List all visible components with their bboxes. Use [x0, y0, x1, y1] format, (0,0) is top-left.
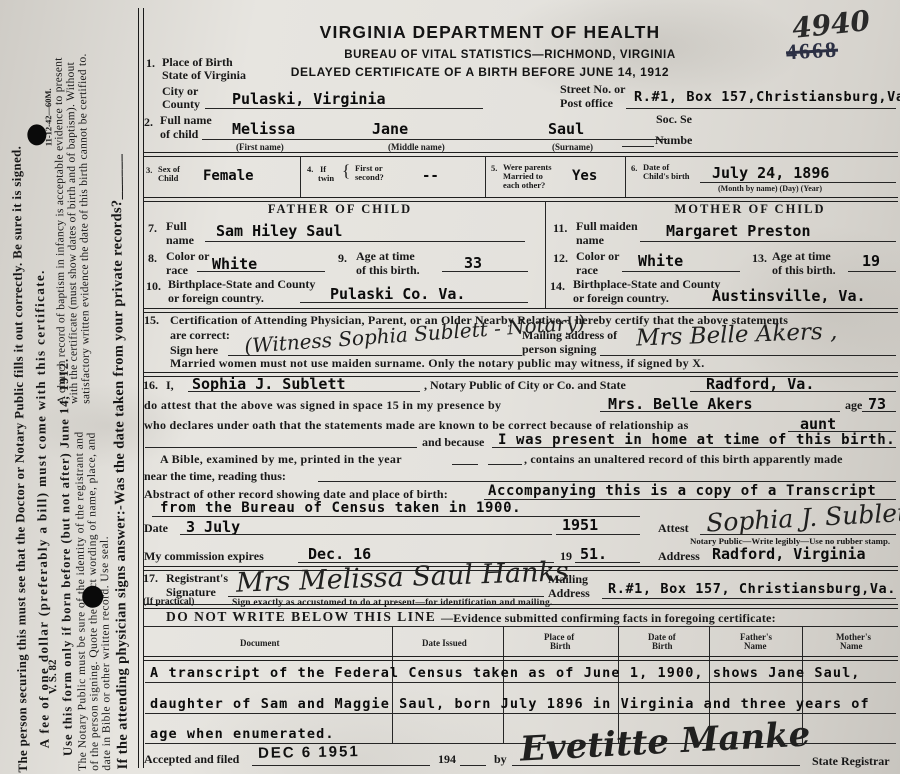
item2-ofchild-label: of child	[160, 127, 198, 142]
item12-label1: Color or	[576, 249, 619, 264]
item15-mail-label2: person signing	[522, 342, 596, 357]
evidence-line3: age when enumerated.	[150, 726, 335, 742]
footer-year-line	[460, 765, 486, 766]
item8-label1: Color or	[166, 249, 209, 264]
item17-mail-line	[602, 598, 896, 599]
bible-year-line1	[452, 464, 478, 465]
commission-label: My commission expires	[144, 549, 264, 564]
father-section-header: FATHER OF CHILD	[190, 202, 490, 217]
sidebar-physician-line: If the attending physician signs answer:…	[109, 54, 138, 769]
father-birthplace-value: Pulaski Co. Va.	[330, 285, 465, 303]
item15-line2: are correct:	[170, 328, 230, 343]
item2-cap-surname: (Surname)	[552, 142, 593, 152]
item3-sex-value: Female	[203, 168, 254, 184]
mother-race-value: White	[638, 252, 683, 270]
item2-cap-first: (First name)	[236, 142, 284, 152]
item10-label2: or foreign country.	[168, 291, 264, 306]
item7-num: 7.	[148, 221, 157, 236]
commission-address-label: Address	[658, 549, 700, 564]
item2-soc-label2: Numbe	[655, 133, 692, 148]
item6-caption: (Month by name) (Day) (Year)	[718, 184, 822, 193]
col-mother2: Name	[840, 641, 863, 651]
mother-name-line	[640, 241, 896, 242]
item16-state-line	[690, 391, 896, 392]
item17-mail-label1: Mailing	[548, 572, 588, 587]
item2-firstname-value: Melissa	[232, 120, 295, 138]
table-col-1	[392, 627, 393, 743]
item11-label1: Full maiden	[576, 219, 638, 234]
item9-label2: of this birth.	[356, 263, 420, 278]
item16-num: 16.	[143, 378, 158, 393]
evidence-line2: daughter of Sam and Maggie Saul, born Ju…	[150, 696, 870, 712]
row3-divider-2	[485, 156, 486, 198]
father-name-value: Sam Hiley Saul	[216, 222, 342, 240]
item16-age-line	[862, 411, 896, 412]
item1-state: State of Virginia	[162, 68, 246, 83]
item2-cap-middle: (Middle name)	[388, 142, 445, 152]
item1-postoffice-label: Post office	[560, 96, 613, 111]
attest-line	[700, 534, 896, 535]
item1-num: 1.	[146, 56, 155, 71]
item11-num: 11.	[553, 221, 567, 236]
mother-age-value: 19	[862, 252, 880, 270]
hole-punch-top	[27, 124, 46, 145]
item4-num: 4.	[307, 164, 313, 174]
item2-fullname-label: Full name	[160, 113, 212, 128]
item17-mail-label2: Address	[548, 586, 590, 601]
item3-num: 3.	[146, 165, 152, 175]
item4-label2: twin	[318, 173, 334, 183]
bible-line1b: , contains an unaltered record of this b…	[524, 452, 843, 467]
father-age-line	[442, 271, 528, 272]
evidence-rule2	[145, 713, 896, 714]
item5-married-value: Yes	[572, 168, 597, 184]
item16-age-label: age	[845, 398, 862, 413]
commission-address-value: Radford, Virginia	[712, 545, 866, 563]
abstract-line1	[484, 499, 896, 500]
item10-label1: Birthplace-State and County	[168, 277, 315, 292]
registrar-signature: Evetitte Manke	[519, 714, 811, 769]
date-year-value: 1951	[562, 516, 598, 534]
father-birthplace-line	[300, 302, 528, 303]
bible-line2: near the time, reading thus:	[144, 469, 286, 484]
item16-notary-line	[188, 391, 420, 392]
filed-date-stamp: DEC 6 1951	[258, 743, 360, 762]
item7-label2: name	[166, 233, 194, 248]
row3-divider-3	[625, 156, 626, 198]
delayed-birth-certificate: The person securing this must see that t…	[0, 0, 900, 774]
col-place2: Birth	[550, 641, 571, 651]
evidence-rule1	[145, 682, 896, 683]
date-year-line	[556, 534, 640, 535]
item14-label2: or foreign country.	[573, 291, 669, 306]
hole-punch-bottom	[82, 586, 103, 608]
col-father2: Name	[744, 641, 767, 651]
item16-i-label: I,	[166, 378, 174, 393]
item1-county-value: Pulaski, Virginia	[232, 90, 386, 108]
sidebar-instructions: The person securing this must see that t…	[0, 0, 144, 774]
item15-num: 15.	[144, 313, 159, 328]
item9-label1: Age at time	[356, 249, 415, 264]
item15-mail-value: Mrs Belle Akers ,	[636, 318, 838, 351]
registrar-label: State Registrar	[812, 754, 890, 769]
item2-surname-value: Saul	[548, 120, 584, 138]
item4-q2: second?	[355, 172, 384, 182]
item8-num: 8.	[148, 251, 157, 266]
item6-label2: Child's birth	[643, 171, 690, 181]
item7-label1: Full	[166, 219, 187, 234]
item17-mail-value: R.#1, Box 157, Christiansburg,Va.	[608, 581, 896, 597]
table-top-line	[143, 626, 898, 627]
bible-line1a: A Bible, examined by me, printed in the …	[160, 452, 402, 467]
father-name-line	[205, 241, 525, 242]
item16-because-line	[492, 447, 896, 448]
accepted-line	[252, 765, 430, 766]
mother-age-line	[848, 271, 896, 272]
item14-num: 14.	[550, 279, 565, 294]
item2-num: 2.	[144, 115, 153, 130]
commission-value: Dec. 16	[308, 545, 371, 563]
bible-year-line2	[488, 464, 522, 465]
bible-reading-line	[318, 481, 896, 482]
registrant-signature: Mrs Melissa Saul Hanks	[236, 556, 570, 599]
date-label: Date	[144, 521, 168, 536]
item2-soc-label1: Soc. Se	[656, 112, 692, 127]
item6-dob-value: July 24, 1896	[712, 164, 829, 182]
item12-num: 12.	[553, 251, 568, 266]
item6-dob-line	[700, 182, 896, 183]
item1-postoffice-line	[626, 108, 896, 109]
mother-section-header: MOTHER OF CHILD	[620, 202, 880, 217]
row3-divider-1	[300, 156, 301, 198]
father-race-line	[197, 271, 325, 272]
item14-label1: Birthplace-State and County	[573, 277, 720, 292]
item13-label1: Age at time	[772, 249, 831, 264]
footer-year-prefix: 194	[438, 752, 456, 767]
item2-soc-line	[622, 146, 654, 147]
item12-label2: race	[576, 263, 598, 278]
col-document: Document	[240, 638, 280, 648]
commission-year-line	[575, 562, 640, 563]
attest-label: Attest	[658, 521, 689, 536]
item16-blank-line	[145, 447, 417, 448]
form-subtitle: BUREAU OF VITAL STATISTICS—RICHMOND, VIR…	[200, 49, 820, 61]
item5-label3: each other?	[503, 180, 545, 190]
item5-num: 5.	[491, 163, 497, 173]
item16-line2: do attest that the above was signed in s…	[144, 398, 501, 413]
item10-num: 10.	[146, 279, 161, 294]
rule-below-item2	[143, 152, 898, 157]
mother-race-line	[622, 271, 740, 272]
item17-label1: Registrant's	[166, 571, 228, 586]
col-date-issued: Date Issued	[422, 638, 467, 648]
mother-name-value: Margaret Preston	[666, 222, 811, 240]
warning-bold: DO NOT WRITE BELOW THIS LINE	[166, 609, 436, 625]
father-age-value: 33	[464, 254, 482, 272]
item1-postoffice-value: R.#1, Box 157,Christiansburg,Va.	[634, 89, 900, 105]
item16-by-line	[600, 411, 840, 412]
item13-num: 13.	[752, 251, 767, 266]
mother-birthplace-value: Austinsville, Va.	[712, 287, 866, 305]
item15-note: Married women must not use maiden surnam…	[170, 356, 705, 371]
item17-num: 17.	[143, 571, 158, 586]
item11-label2: name	[576, 233, 604, 248]
item15-mail-label1: Mailing address of	[522, 328, 617, 343]
table-col-2	[503, 627, 504, 743]
form-subtitle2: DELAYED CERTIFICATE OF A BIRTH BEFORE JU…	[170, 65, 790, 79]
abstract-value2: from the Bureau of Census taken in 1900.	[160, 500, 521, 516]
item4-twin-value: --	[422, 168, 439, 184]
rule-below-table-header	[143, 656, 898, 661]
item8-label2: race	[166, 263, 188, 278]
sidebar-church-block: A church record of baptism in infancy is…	[52, 52, 110, 405]
footer-by-label: by	[494, 752, 507, 767]
item13-label2: of this birth.	[772, 263, 836, 278]
attest-signature: Sophia J. Sublett	[705, 497, 900, 537]
item1-street-label: Street No. or	[560, 82, 625, 97]
evidence-line1: A transcript of the Federal Census taken…	[150, 665, 861, 681]
item1-county: County	[162, 97, 200, 112]
abstract-value1: Accompanying this is a copy of a Transcr…	[488, 483, 876, 499]
parents-divider	[545, 201, 546, 308]
warning-rest: —Evidence submitted confirming facts in …	[441, 611, 776, 626]
registrar-sign-line	[512, 765, 800, 766]
commission-year-value: 51.	[580, 545, 607, 563]
date-line	[180, 534, 552, 535]
item16-line1b: , Notary Public of City or Co. and State	[424, 378, 626, 393]
item16-line4: and because	[422, 435, 484, 450]
form-title: VIRGINIA DEPARTMENT OF HEALTH	[180, 22, 800, 43]
certificate-number-struck: 4668	[785, 37, 838, 66]
item2-name-line	[202, 139, 667, 140]
item16-because-value: I was present in home at time of this bi…	[498, 432, 895, 448]
item2-middlename-value: Jane	[372, 120, 408, 138]
col-dob2: Birth	[652, 641, 673, 651]
item16-line3: who declares under oath that the stateme…	[144, 418, 689, 433]
item9-num: 9.	[338, 251, 347, 266]
item3-label2: Child	[158, 173, 178, 183]
accepted-label: Accepted and filed	[144, 752, 239, 767]
item6-num: 6.	[631, 163, 637, 173]
item1-county-line	[205, 108, 483, 109]
registrant-sign-line	[228, 596, 544, 597]
item4-brace: {	[342, 161, 350, 181]
